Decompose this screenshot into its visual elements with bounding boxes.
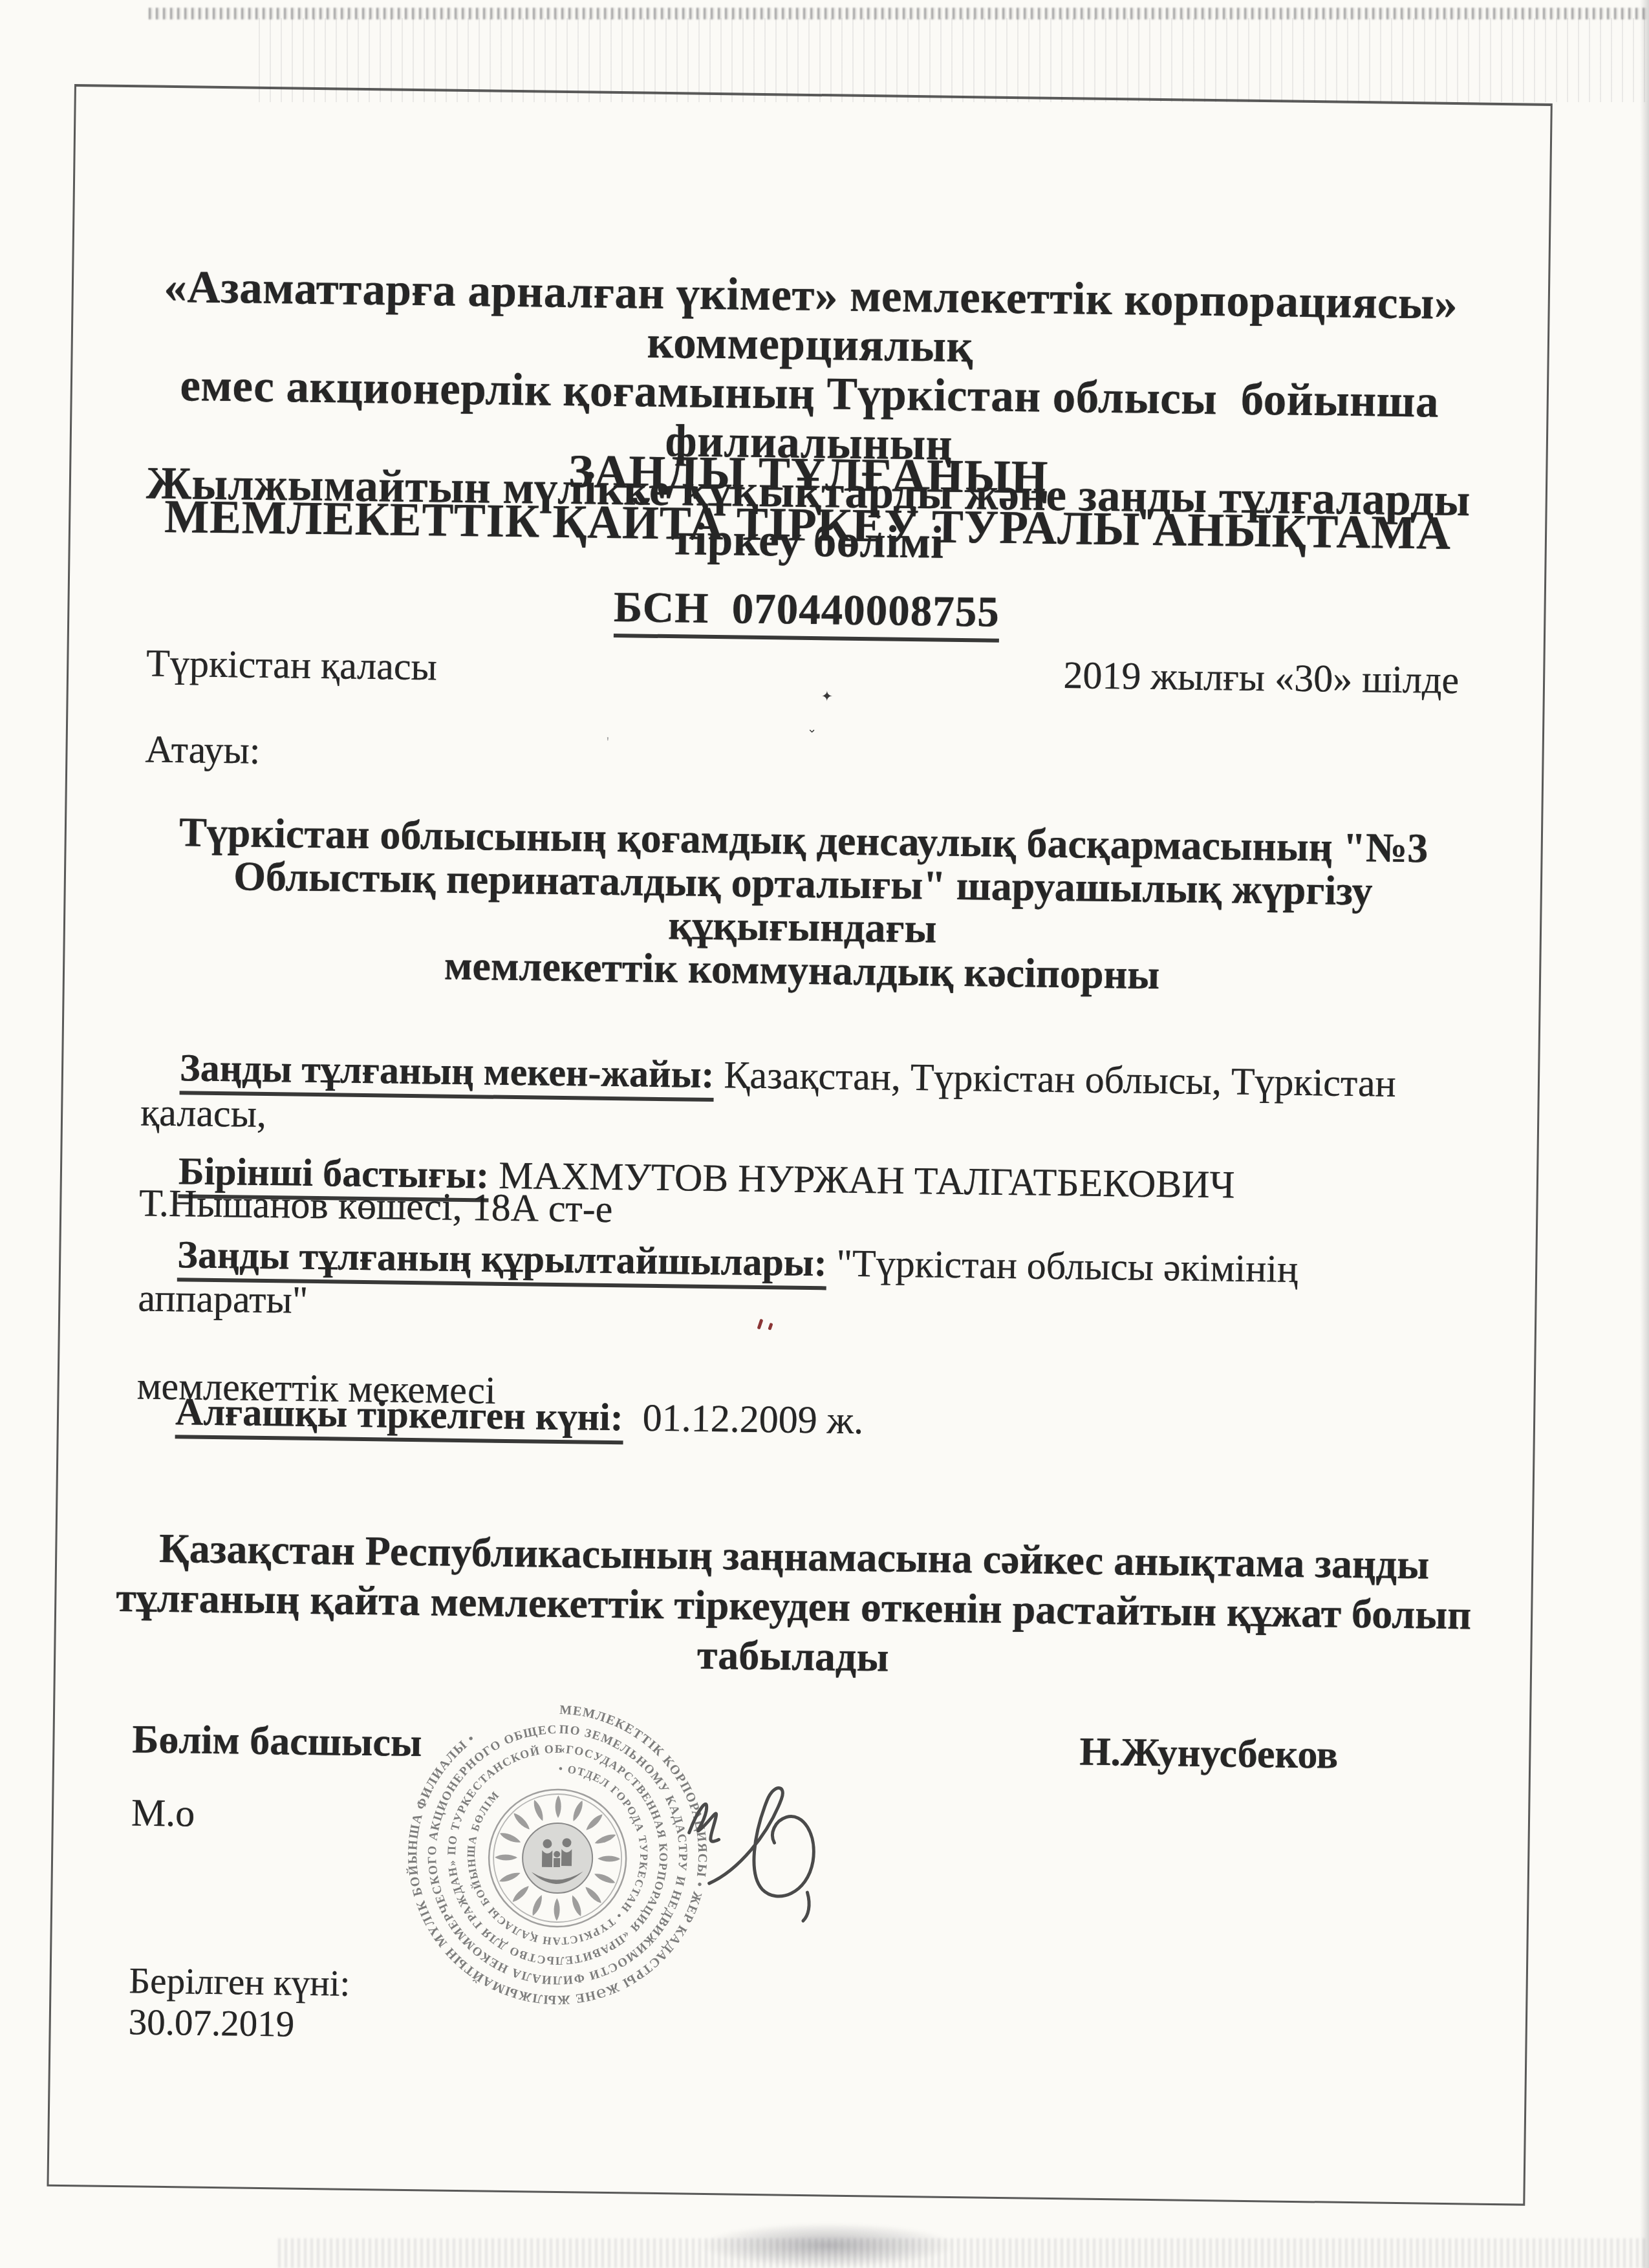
- signer-position: Бөлім басшысы: [132, 1717, 422, 1766]
- signature-mark: [670, 1756, 859, 1927]
- issued-date: 30.07.2019: [128, 2002, 350, 2046]
- legal-statement: Қазақстан Республикасының заңнамасына сә…: [56, 1522, 1532, 1691]
- first-registration-label: Алғашқы тіркелген күні:: [175, 1390, 624, 1444]
- entity-name: Түркістан облысының қоғамдық денсаулық б…: [65, 809, 1541, 1001]
- city-label: Түркістан қаласы: [146, 641, 438, 690]
- name-label: Атауы:: [145, 727, 261, 773]
- issue-date-wording: 2019 жылғы «30» шілде: [1063, 652, 1459, 703]
- issued-block: Берілген күні: 30.07.2019: [128, 1960, 350, 2046]
- header-line-1: «Азаматтарға арналған үкімет» мемлекетті…: [118, 262, 1503, 378]
- bin-number-row: БСН 070440008755: [69, 575, 1544, 645]
- first-registration-paragraph: Алғашқы тіркелген күні: 01.12.2009 ж.: [136, 1343, 1444, 1495]
- scanned-certificate-page: { "colors": { "paper": "#fbfaf6", "ink":…: [0, 0, 1649, 2268]
- document-title: ЗАҢДЫ ТҰЛҒАНЫҢ МЕМЛЕКЕТТІК ҚАЙТА ТІРКЕУ …: [70, 440, 1546, 560]
- scan-speck-star: ✦: [821, 688, 834, 705]
- scan-noise-bottom-band: [278, 2238, 1649, 2268]
- scan-noise-right-edge: [1640, 0, 1649, 2268]
- first-registration-value: 01.12.2009 ж.: [623, 1396, 863, 1442]
- issued-label: Берілген күні:: [129, 1960, 350, 2004]
- scan-speck-arrow: ⌄: [807, 722, 817, 736]
- city-date-row: Түркістан қаласы 2019 жылғы «30» шілде: [69, 639, 1544, 704]
- seal-place-mark: М.о: [131, 1790, 195, 1835]
- official-stamp: МЕМЛЕКЕТТІК КОРПОРАЦИЯСЫ • ЖЕР КАДАСТРЫ …: [404, 1701, 711, 2009]
- signer-name: Н.Жунусбеков: [1079, 1729, 1339, 1779]
- bin-number: БСН 070440008755: [613, 583, 1000, 643]
- scan-speck-apostrophe: ': [607, 734, 609, 751]
- document-border-frame: «Азаматтарға арналған үкімет» мемлекетті…: [47, 84, 1552, 2206]
